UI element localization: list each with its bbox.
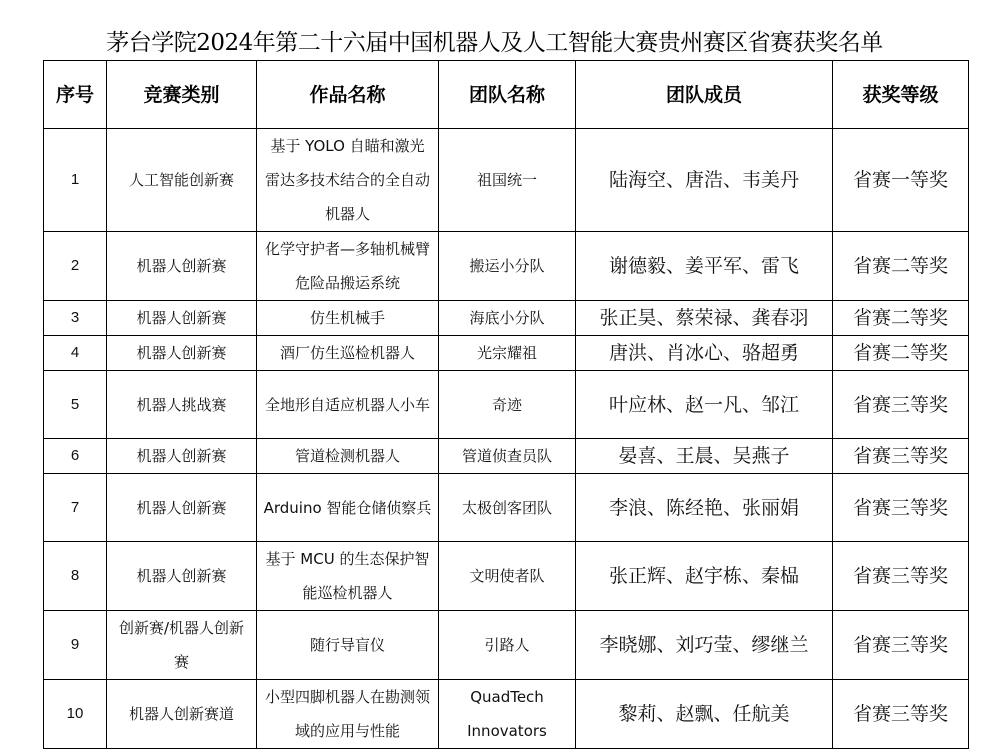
cell-work: 管道检测机器人 — [257, 439, 439, 474]
cell-team: 海底小分队 — [439, 301, 576, 336]
cell-level: 省赛三等奖 — [833, 439, 969, 474]
cell-category: 创新赛/机器人创新赛 — [107, 611, 257, 680]
cell-index: 4 — [44, 336, 107, 371]
cell-index: 6 — [44, 439, 107, 474]
cell-team: QuadTech Innovators — [439, 680, 576, 749]
cell-category: 机器人创新赛 — [107, 301, 257, 336]
cell-work: 基于 YOLO 自瞄和激光雷达多技术结合的全自动机器人 — [257, 129, 439, 232]
table-row: 1 人工智能创新赛 基于 YOLO 自瞄和激光雷达多技术结合的全自动机器人 祖国… — [44, 129, 969, 232]
cell-category: 机器人创新赛 — [107, 542, 257, 611]
cell-category: 机器人创新赛 — [107, 439, 257, 474]
cell-level: 省赛三等奖 — [833, 371, 969, 439]
cell-index: 9 — [44, 611, 107, 680]
header-members: 团队成员 — [576, 61, 833, 129]
cell-work: 小型四脚机器人在勘测领域的应用与性能 — [257, 680, 439, 749]
header-index: 序号 — [44, 61, 107, 129]
cell-members: 黎莉、赵飘、任航美 — [576, 680, 833, 749]
cell-category: 机器人创新赛 — [107, 232, 257, 301]
cell-index: 7 — [44, 474, 107, 542]
cell-work: Arduino 智能仓储侦察兵 — [257, 474, 439, 542]
table-row: 3 机器人创新赛 仿生机械手 海底小分队 张正昊、蔡荣禄、龚春羽 省赛二等奖 — [44, 301, 969, 336]
cell-level: 省赛三等奖 — [833, 542, 969, 611]
cell-team: 奇迹 — [439, 371, 576, 439]
table-row: 4 机器人创新赛 酒厂仿生巡检机器人 光宗耀祖 唐洪、肖冰心、骆超勇 省赛二等奖 — [44, 336, 969, 371]
cell-members: 张正昊、蔡荣禄、龚春羽 — [576, 301, 833, 336]
cell-work: 随行导盲仪 — [257, 611, 439, 680]
cell-members: 张正辉、赵宇栋、秦榀 — [576, 542, 833, 611]
cell-work: 酒厂仿生巡检机器人 — [257, 336, 439, 371]
cell-members: 晏喜、王晨、吴燕子 — [576, 439, 833, 474]
cell-index: 8 — [44, 542, 107, 611]
cell-members: 陆海空、唐浩、韦美丹 — [576, 129, 833, 232]
table-row: 9 创新赛/机器人创新赛 随行导盲仪 引路人 李晓娜、刘巧莹、缪继兰 省赛三等奖 — [44, 611, 969, 680]
table-row: 6 机器人创新赛 管道检测机器人 管道侦查员队 晏喜、王晨、吴燕子 省赛三等奖 — [44, 439, 969, 474]
cell-level: 省赛一等奖 — [833, 129, 969, 232]
cell-team: 祖国统一 — [439, 129, 576, 232]
cell-category: 机器人创新赛 — [107, 474, 257, 542]
cell-index: 10 — [44, 680, 107, 749]
cell-index: 1 — [44, 129, 107, 232]
cell-members: 李浪、陈经艳、张丽娟 — [576, 474, 833, 542]
cell-team: 文明使者队 — [439, 542, 576, 611]
cell-work: 仿生机械手 — [257, 301, 439, 336]
cell-index: 2 — [44, 232, 107, 301]
cell-work: 基于 MCU 的生态保护智能巡检机器人 — [257, 542, 439, 611]
cell-level: 省赛三等奖 — [833, 474, 969, 542]
page-title: 茅台学院2024年第二十六届中国机器人及人工智能大赛贵州赛区省赛获奖名单 — [0, 28, 989, 58]
cell-team: 太极创客团队 — [439, 474, 576, 542]
table-row: 2 机器人创新赛 化学守护者—多轴机械臂危险品搬运系统 搬运小分队 谢德毅、姜平… — [44, 232, 969, 301]
table-row: 5 机器人挑战赛 全地形自适应机器人小车 奇迹 叶应林、赵一凡、邹江 省赛三等奖 — [44, 371, 969, 439]
cell-index: 3 — [44, 301, 107, 336]
cell-team: 引路人 — [439, 611, 576, 680]
cell-category: 机器人挑战赛 — [107, 371, 257, 439]
cell-level: 省赛三等奖 — [833, 680, 969, 749]
cell-team: 管道侦查员队 — [439, 439, 576, 474]
cell-level: 省赛二等奖 — [833, 301, 969, 336]
table-row: 8 机器人创新赛 基于 MCU 的生态保护智能巡检机器人 文明使者队 张正辉、赵… — [44, 542, 969, 611]
header-row: 序号 竞赛类别 作品名称 团队名称 团队成员 获奖等级 — [44, 61, 969, 129]
cell-category: 人工智能创新赛 — [107, 129, 257, 232]
cell-work: 化学守护者—多轴机械臂危险品搬运系统 — [257, 232, 439, 301]
cell-level: 省赛二等奖 — [833, 232, 969, 301]
table-row: 7 机器人创新赛 Arduino 智能仓储侦察兵 太极创客团队 李浪、陈经艳、张… — [44, 474, 969, 542]
cell-members: 李晓娜、刘巧莹、缪继兰 — [576, 611, 833, 680]
header-category: 竞赛类别 — [107, 61, 257, 129]
cell-members: 谢德毅、姜平军、雷飞 — [576, 232, 833, 301]
cell-category: 机器人创新赛道 — [107, 680, 257, 749]
cell-category: 机器人创新赛 — [107, 336, 257, 371]
award-table: 序号 竞赛类别 作品名称 团队名称 团队成员 获奖等级 1 人工智能创新赛 基于… — [43, 60, 969, 749]
cell-work: 全地形自适应机器人小车 — [257, 371, 439, 439]
header-work: 作品名称 — [257, 61, 439, 129]
header-level: 获奖等级 — [833, 61, 969, 129]
table-row: 10 机器人创新赛道 小型四脚机器人在勘测领域的应用与性能 QuadTech I… — [44, 680, 969, 749]
cell-team: 搬运小分队 — [439, 232, 576, 301]
cell-members: 唐洪、肖冰心、骆超勇 — [576, 336, 833, 371]
cell-team: 光宗耀祖 — [439, 336, 576, 371]
cell-level: 省赛二等奖 — [833, 336, 969, 371]
cell-index: 5 — [44, 371, 107, 439]
cell-members: 叶应林、赵一凡、邹江 — [576, 371, 833, 439]
cell-level: 省赛三等奖 — [833, 611, 969, 680]
header-team: 团队名称 — [439, 61, 576, 129]
